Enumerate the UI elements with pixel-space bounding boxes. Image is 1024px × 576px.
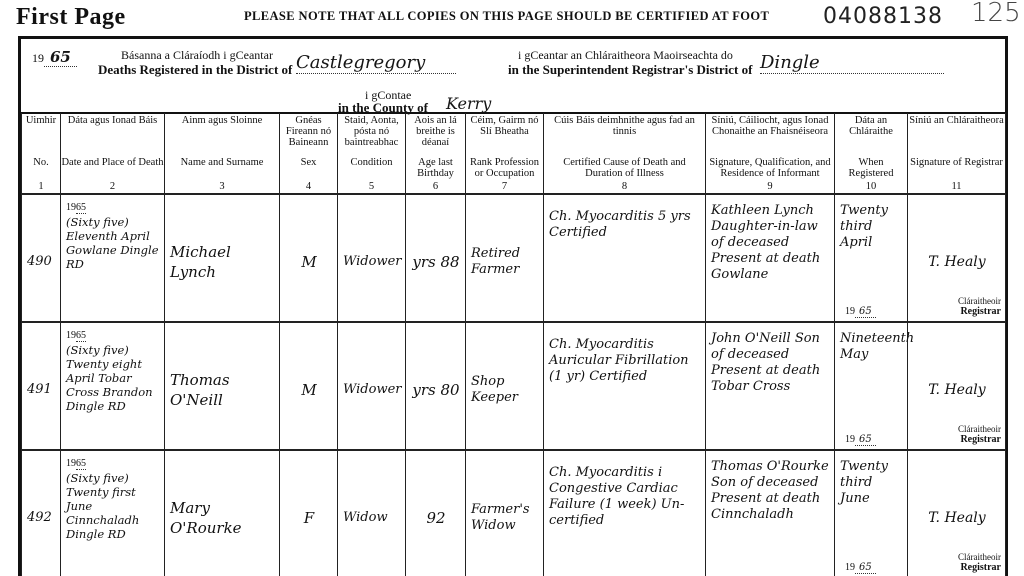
sex-cell: M — [280, 194, 338, 322]
informant-cell: Thomas O'Rourke Son of deceased Present … — [706, 450, 835, 576]
row-condition: Widower — [338, 323, 405, 453]
occupation-cell: Shop Keeper — [466, 322, 544, 450]
death-register-table: UimhirNo.1 Dáta agus Ionad BáisDate and … — [21, 113, 1006, 576]
condition-cell: Widow — [338, 450, 406, 576]
table-row: 492 1965(Sixty five) Twenty first June C… — [22, 450, 1006, 576]
row-occupation: Retired Farmer — [466, 195, 543, 325]
date-place-cell: 1965(Sixty five) Twenty first June Cinnc… — [61, 450, 165, 576]
row-age: 92 — [406, 451, 465, 576]
entry-number: 491 — [22, 322, 61, 450]
registrar-label-ga: Cláraitheoir — [958, 296, 1001, 306]
row-year: 65 — [76, 458, 86, 470]
row-age: yrs 88 — [406, 195, 465, 325]
row-condition: Widower — [338, 195, 405, 325]
row-when-registered: Twenty third June — [835, 451, 907, 507]
superintendent-value: Dingle — [760, 52, 944, 74]
occupation-cell: Retired Farmer — [466, 194, 544, 322]
column-header-row: UimhirNo.1 Dáta agus Ionad BáisDate and … — [22, 113, 1006, 194]
row-when-year: 65 — [855, 562, 876, 574]
age-cell: yrs 80 — [406, 322, 466, 450]
date-place-cell: 1965(Sixty five) Eleventh April Gowlane … — [61, 194, 165, 322]
row-cause: Ch. Myocarditis 5 yrs Certified — [544, 195, 705, 241]
page-title: First Page — [16, 4, 126, 31]
row-date-place: (Sixty five) Twenty first June Cinnchala… — [66, 471, 139, 541]
registrar-label-en: Registrar — [960, 306, 1001, 317]
row-cause: Ch. Myocarditis Auricular Fibrillation (… — [544, 323, 705, 385]
row-sex: M — [280, 323, 337, 453]
registrar-signature-cell: T. HealyCláraitheoirRegistrar — [908, 322, 1006, 450]
row-no: 492 — [22, 451, 60, 576]
county-value: Kerry — [446, 94, 654, 114]
col-header-date-place: Dáta agus Ionad BáisDate and Place of De… — [61, 113, 165, 194]
age-cell: yrs 88 — [406, 194, 466, 322]
row-year: 65 — [76, 330, 86, 342]
registrar-label-en: Registrar — [960, 562, 1001, 573]
page-number: 125 — [971, 0, 1021, 28]
sex-cell: M — [280, 322, 338, 450]
condition-cell: Widower — [338, 322, 406, 450]
superintendent-label-en: in the Superintendent Registrar's Distri… — [508, 62, 752, 78]
certification-notice: PLEASE NOTE THAT ALL COPIES ON THIS PAGE… — [244, 9, 769, 24]
occupation-cell: Farmer's Widow — [466, 450, 544, 576]
col-header-condition: Staid, Aonta, pósta nó baintreabhacCondi… — [338, 113, 406, 194]
condition-cell: Widower — [338, 194, 406, 322]
row-when-year: 65 — [855, 306, 876, 318]
row-informant: Kathleen Lynch Daughter-in-law of deceas… — [706, 195, 834, 283]
row-when-year: 65 — [855, 434, 876, 446]
table-row: 490 1965(Sixty five) Eleventh April Gowl… — [22, 194, 1006, 322]
row-informant: Thomas O'Rourke Son of deceased Present … — [706, 451, 834, 523]
registrar-label-en: Registrar — [960, 434, 1001, 445]
sex-cell: F — [280, 450, 338, 576]
row-no: 491 — [22, 323, 60, 453]
cause-cell: Ch. Myocarditis 5 yrs Certified — [544, 194, 706, 322]
informant-cell: Kathleen Lynch Daughter-in-law of deceas… — [706, 194, 835, 322]
district-value: Castlegregory — [296, 52, 456, 74]
name-cell: Thomas O'Neill — [165, 322, 280, 450]
col-header-registrar: Síniú an ChláraitheoraSignature of Regis… — [908, 113, 1006, 194]
col-header-sex: Gnéas Fireann nó BaineannSex4 — [280, 113, 338, 194]
cause-cell: Ch. Myocarditis Auricular Fibrillation (… — [544, 322, 706, 450]
when-registered-cell: Nineteenth May1965 — [835, 322, 908, 450]
col-header-no: UimhirNo.1 — [22, 113, 61, 194]
table-row: 491 1965(Sixty five) Twenty eight April … — [22, 322, 1006, 450]
year-value: 65 — [44, 48, 77, 67]
row-cause: Ch. Myocarditis i Congestive Cardiac Fai… — [544, 451, 705, 529]
row-name: Mary O'Rourke — [165, 451, 279, 576]
row-date-place: (Sixty five) Eleventh April Gowlane Ding… — [66, 215, 159, 271]
col-header-occupation: Céim, Gairm nó Slí BheathaRank Professio… — [466, 113, 544, 194]
district-label-ga: Básanna a Cláraíodh i gCeantar — [121, 48, 273, 63]
cause-cell: Ch. Myocarditis i Congestive Cardiac Fai… — [544, 450, 706, 576]
row-when-registered: Twenty third April — [835, 195, 907, 251]
row-age: yrs 80 — [406, 323, 465, 453]
col-header-age: Aois an lá breithe is déanaíAge last Bir… — [406, 113, 466, 194]
registrar-signature-cell: T. HealyCláraitheoirRegistrar — [908, 450, 1006, 576]
row-name: Thomas O'Neill — [165, 323, 279, 453]
row-when-registered: Nineteenth May — [835, 323, 907, 363]
row-no: 490 — [22, 195, 60, 325]
row-occupation: Farmer's Widow — [466, 451, 543, 576]
when-registered-cell: Twenty third April1965 — [835, 194, 908, 322]
row-sex: F — [280, 451, 337, 576]
when-registered-cell: Twenty third June1965 — [835, 450, 908, 576]
serial-number: 04088138 — [823, 4, 943, 29]
informant-cell: John O'Neill Son of deceased Present at … — [706, 322, 835, 450]
row-name: Michael Lynch — [165, 195, 279, 325]
name-cell: Mary O'Rourke — [165, 450, 280, 576]
col-header-when-registered: Dáta an ChláraitheWhen Registered10 — [835, 113, 908, 194]
row-year: 65 — [76, 202, 86, 214]
col-header-name: Ainm agus SloinneName and Surname3 — [165, 113, 280, 194]
superintendent-label-ga: i gCeantar an Chláraitheora Maoirseachta… — [518, 48, 733, 63]
year-prefix: 19 — [32, 51, 44, 65]
date-place-cell: 1965(Sixty five) Twenty eight April Toba… — [61, 322, 165, 450]
col-header-informant: Síniú, Cáiliocht, agus Ionad Chonaithe a… — [706, 113, 835, 194]
registrar-signature-cell: T. HealyCláraitheoirRegistrar — [908, 194, 1006, 322]
registrar-label-ga: Cláraitheoir — [958, 552, 1001, 562]
registrar-label-ga: Cláraitheoir — [958, 424, 1001, 434]
col-header-cause: Cúis Báis deimhnithe agus fad an tinnisC… — [544, 113, 706, 194]
row-date-place: (Sixty five) Twenty eight April Tobar Cr… — [66, 343, 153, 413]
row-informant: John O'Neill Son of deceased Present at … — [706, 323, 834, 395]
entry-number: 490 — [22, 194, 61, 322]
entry-number: 492 — [22, 450, 61, 576]
row-condition: Widow — [338, 451, 405, 576]
name-cell: Michael Lynch — [165, 194, 280, 322]
row-occupation: Shop Keeper — [466, 323, 543, 453]
row-sex: M — [280, 195, 337, 325]
age-cell: 92 — [406, 450, 466, 576]
district-label-en: Deaths Registered in the District of — [98, 62, 292, 78]
register-year: 1965 — [32, 48, 77, 66]
